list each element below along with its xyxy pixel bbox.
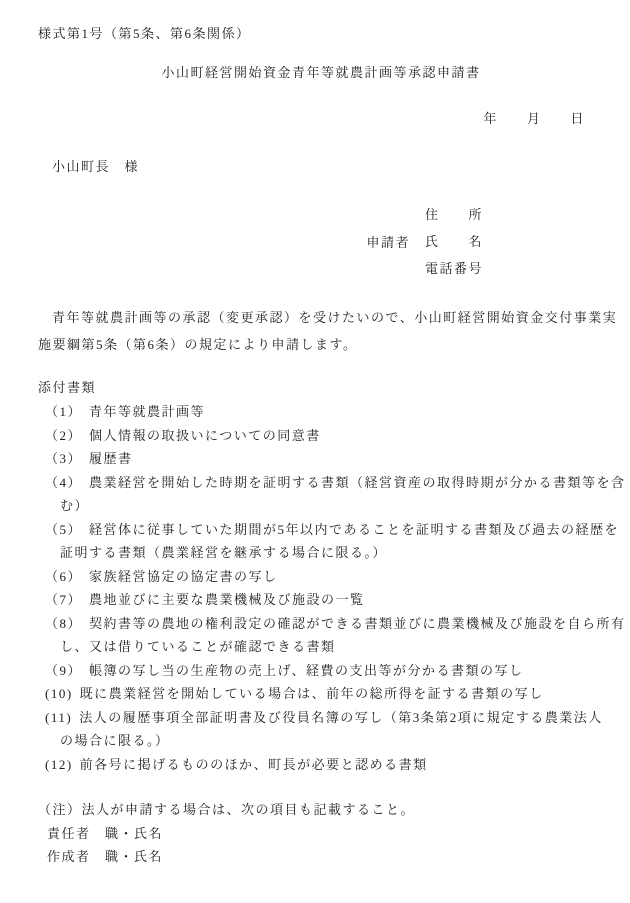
attachment-number: （4） xyxy=(45,475,82,490)
applicant-name-label: 氏 名 xyxy=(425,228,483,255)
attachment-item: （6）家族経営協定の協定書の写し xyxy=(45,565,590,589)
attachment-item: （2）個人情報の取扱いについての同意書 xyxy=(45,424,590,448)
date-line: 年 月 日 xyxy=(38,109,590,129)
attachment-text: 法人の履歴事項全部証明書及び役員名簿の写し（第3条第2項に規定する農業法人 xyxy=(79,710,603,725)
attachment-number: （8） xyxy=(45,616,82,631)
attachment-continuation: 証明する書類（農業経営を継承する場合に限る。） xyxy=(60,541,590,565)
attachment-number: （1） xyxy=(45,404,82,419)
request-paragraph: 青年等就農計画等の承認（変更承認）を受けたいので、小山町経営開始資金交付事業実 … xyxy=(38,304,590,358)
attachment-item: （4）農業経営を開始した時期を証明する書類（経営資産の取得時期が分かる書類等を含 xyxy=(45,471,590,495)
note-line: 責任者 職・氏名 xyxy=(38,822,590,846)
attachment-text: 契約書等の農地の権利設定の確認ができる書類並びに農業機械及び施設を自ら所有 xyxy=(89,616,626,631)
attachment-continuation: む） xyxy=(60,494,590,518)
request-paragraph-line: 施要綱第5条（第6条）の規定により申請します。 xyxy=(38,331,590,358)
attachment-text: 履歴書 xyxy=(89,451,133,466)
note-block: （注）法人が申請する場合は、次の項目も記載すること。 責任者 職・氏名 作成者 … xyxy=(38,798,590,869)
attachment-continuation: の場合に限る。） xyxy=(60,729,590,753)
document-page: 様式第1号（第5条、第6条関係） 小山町経営開始資金青年等就農計画等承認申請書 … xyxy=(0,0,630,903)
day-label: 日 xyxy=(570,109,585,129)
applicant-label: 申請者 xyxy=(366,232,410,251)
attachment-text: 帳簿の写し当の生産物の売上げ、経費の支出等が分かる書類の写し xyxy=(89,663,523,678)
month-label: 月 xyxy=(527,109,542,129)
year-label: 年 xyxy=(483,109,498,129)
applicant-address-label: 住 所 xyxy=(425,201,483,228)
attachment-text: 青年等就農計画等 xyxy=(89,404,205,419)
note-line: 作成者 職・氏名 xyxy=(38,845,590,869)
attachment-item: （3）履歴書 xyxy=(45,447,590,471)
attachment-number: (12) xyxy=(45,757,73,772)
attachment-text: 既に農業経営を開始している場合は、前年の総所得を証する書類の写し xyxy=(80,686,544,701)
request-paragraph-line: 青年等就農計画等の承認（変更承認）を受けたいので、小山町経営開始資金交付事業実 xyxy=(38,304,590,331)
attachment-number: （3） xyxy=(45,451,82,466)
attachment-item: (10)既に農業経営を開始している場合は、前年の総所得を証する書類の写し xyxy=(45,682,590,706)
attachment-text: 農地並びに主要な農業機械及び施設の一覧 xyxy=(89,592,365,607)
attachment-item: （9）帳簿の写し当の生産物の売上げ、経費の支出等が分かる書類の写し xyxy=(45,659,590,683)
attachment-text: 個人情報の取扱いについての同意書 xyxy=(89,428,321,443)
attachment-item: （7）農地並びに主要な農業機械及び施設の一覧 xyxy=(45,588,590,612)
attachment-number: （6） xyxy=(45,569,82,584)
addressee: 小山町長 様 xyxy=(38,157,590,177)
attachments-list: （1）青年等就農計画等 （2）個人情報の取扱いについての同意書 （3）履歴書 （… xyxy=(38,400,590,776)
attachment-continuation: し、又は借りていることが確認できる書類 xyxy=(60,635,590,659)
attachment-number: （5） xyxy=(45,522,82,537)
applicant-block: 申請者 住 所 氏 名 電話番号 xyxy=(38,201,590,282)
attachment-number: （2） xyxy=(45,428,82,443)
attachment-number: (11) xyxy=(45,710,72,725)
form-number: 様式第1号（第5条、第6条関係） xyxy=(38,24,590,44)
attachment-text: 前各号に掲げるもののほか、町長が必要と認める書類 xyxy=(80,757,428,772)
attachment-text: 経営体に従事していた期間が5年以内であることを証明する書類及び過去の経歴を xyxy=(89,522,619,537)
attachment-number: (10) xyxy=(45,686,73,701)
attachment-text: 農業経営を開始した時期を証明する書類（経営資産の取得時期が分かる書類等を含 xyxy=(89,475,626,490)
attachment-item: （5）経営体に従事していた期間が5年以内であることを証明する書類及び過去の経歴を xyxy=(45,518,590,542)
document-title: 小山町経営開始資金青年等就農計画等承認申請書 xyxy=(52,63,590,83)
attachment-item: （8）契約書等の農地の権利設定の確認ができる書類並びに農業機械及び施設を自ら所有 xyxy=(45,612,590,636)
attachment-item: (12)前各号に掲げるもののほか、町長が必要と認める書類 xyxy=(45,753,590,777)
attachment-item: （1）青年等就農計画等 xyxy=(45,400,590,424)
applicant-phone-label: 電話番号 xyxy=(425,255,483,282)
attachment-text: 家族経営協定の協定書の写し xyxy=(89,569,278,584)
attachment-number: （9） xyxy=(45,663,82,678)
attachment-item: (11)法人の履歴事項全部証明書及び役員名簿の写し（第3条第2項に規定する農業法… xyxy=(45,706,590,730)
note-heading: （注）法人が申請する場合は、次の項目も記載すること。 xyxy=(38,798,590,822)
attachment-number: （7） xyxy=(45,592,82,607)
attachments-heading: 添付書類 xyxy=(38,376,590,400)
